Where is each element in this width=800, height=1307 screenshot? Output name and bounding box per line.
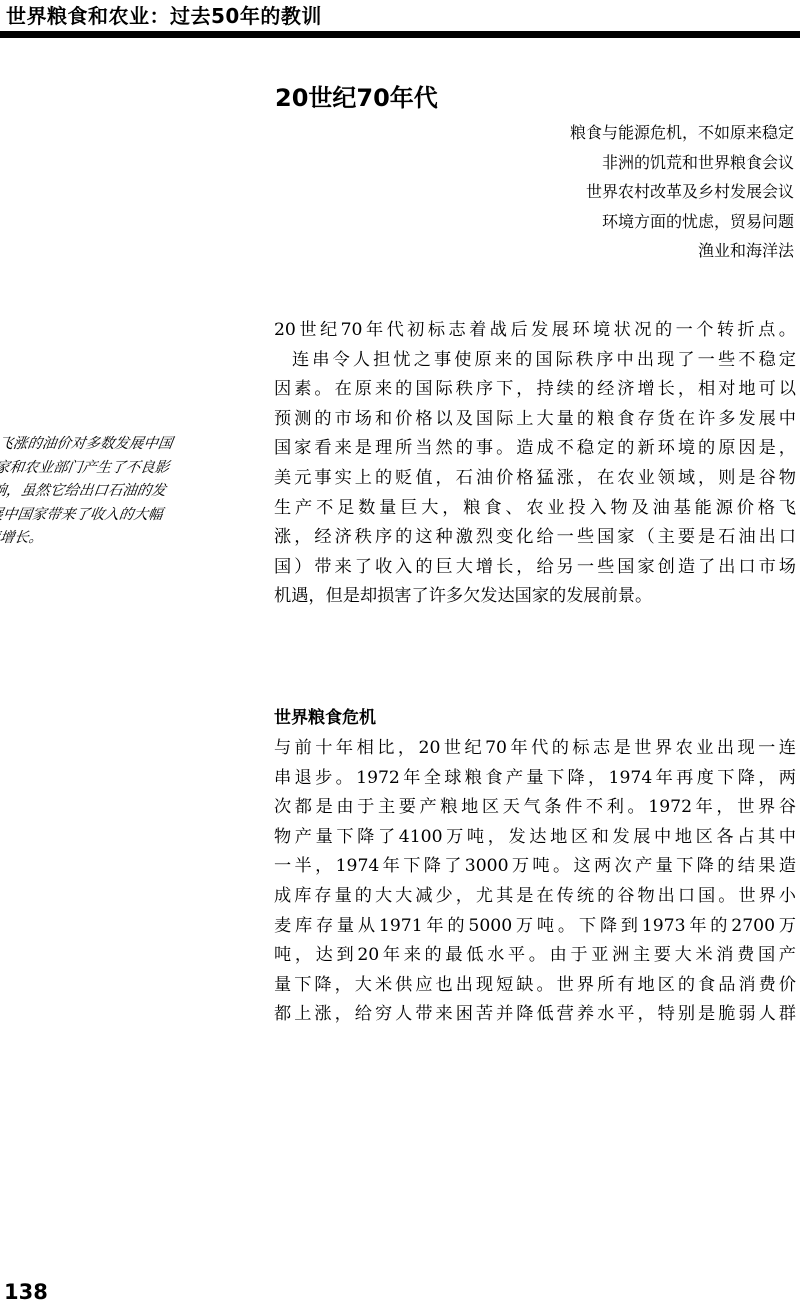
page-number: 138	[4, 1280, 48, 1304]
text-line: 国家看来是理所当然的事。造成不稳定的新环境的原因是，	[274, 434, 796, 464]
text-line: 都上涨，给穷人带来困苦并降低营养水平，特别是脆弱人群	[274, 1000, 796, 1030]
margin-note-line: 度增长。	[0, 527, 217, 551]
text-line: 与前十年相比，20世纪70年代的标志是世界农业出现一连	[274, 734, 796, 764]
chapter-title: 20世纪70年代	[275, 82, 438, 114]
section-paragraph: 与前十年相比，20世纪70年代的标志是世界农业出现一连 串退步。1972年全球粮…	[274, 734, 796, 1030]
topic-item: 渔业和海洋法	[274, 236, 794, 266]
intro-paragraph: 20世纪70年代初标志着战后发展环境状况的一个转折点。 连串令人担忧之事使原来的…	[274, 316, 796, 612]
text-line: 20世纪70年代初标志着战后发展环境状况的一个转折点。	[274, 316, 796, 346]
topic-item: 世界农村改革及乡村发展会议	[274, 177, 794, 207]
text-line: 因素。在原来的国际秩序下，持续的经济增长，相对地可以	[274, 375, 796, 405]
chapter-topics: 粮食与能源危机，不如原来稳定 非洲的饥荒和世界粮食会议 世界农村改革及乡村发展会…	[274, 118, 794, 266]
text-line: 美元事实上的贬值，石油价格猛涨，在农业领域，则是谷物	[274, 464, 796, 494]
text-line: 次都是由于主要产粮地区天气条件不利。1972年，世界谷	[274, 793, 796, 823]
margin-note-line: 飞涨的油价对多数发展中国	[0, 433, 230, 457]
text-line: 涨，经济秩序的这种激烈变化给一些国家（主要是石油出口	[274, 523, 796, 553]
text-line: 预测的市场和价格以及国际上大量的粮食存货在许多发展中	[274, 405, 796, 435]
header-rule	[0, 31, 800, 38]
margin-note-line: 响，虽然它给出口石油的发	[0, 480, 223, 504]
text-line: 成库存量的大大减少，尤其是在传统的谷物出口国。世界小	[274, 882, 796, 912]
margin-note-line: 家和农业部门产生了不良影	[0, 457, 227, 481]
margin-note-line: 展中国家带来了收入的大幅	[0, 504, 220, 528]
topic-item: 非洲的饥荒和世界粮食会议	[274, 148, 794, 178]
topic-item: 粮食与能源危机，不如原来稳定	[274, 118, 794, 148]
text-line: 麦库存量从1971年的5000万吨。下降到1973年的2700万	[274, 912, 796, 942]
text-line: 物产量下降了4100万吨，发达地区和发展中地区各占其中	[274, 823, 796, 853]
section-heading: 世界粮食危机	[274, 704, 376, 732]
text-line: 连串令人担忧之事使原来的国际秩序中出现了一些不稳定	[274, 346, 796, 376]
topic-item: 环境方面的忧虑，贸易问题	[274, 207, 794, 237]
text-line: 吨，达到20年来的最低水平。由于亚洲主要大米消费国产	[274, 941, 796, 971]
text-line: 生产不足数量巨大，粮食、农业投入物及油基能源价格飞	[274, 494, 796, 524]
text-line: 机遇，但是却损害了许多欠发达国家的发展前景。	[274, 582, 796, 612]
text-line: 量下降，大米供应也出现短缺。世界所有地区的食品消费价	[274, 971, 796, 1001]
text-line: 串退步。1972年全球粮食产量下降，1974年再度下降，两	[274, 764, 796, 794]
text-line: 一半，1974年下降了3000万吨。这两次产量下降的结果造	[274, 852, 796, 882]
running-head: 世界粮食和农业：过去50年的教训	[6, 4, 322, 28]
margin-note: 飞涨的油价对多数发展中国 家和农业部门产生了不良影 响，虽然它给出口石油的发 展…	[0, 433, 230, 551]
text-line: 国）带来了收入的巨大增长，给另一些国家创造了出口市场	[274, 553, 796, 583]
